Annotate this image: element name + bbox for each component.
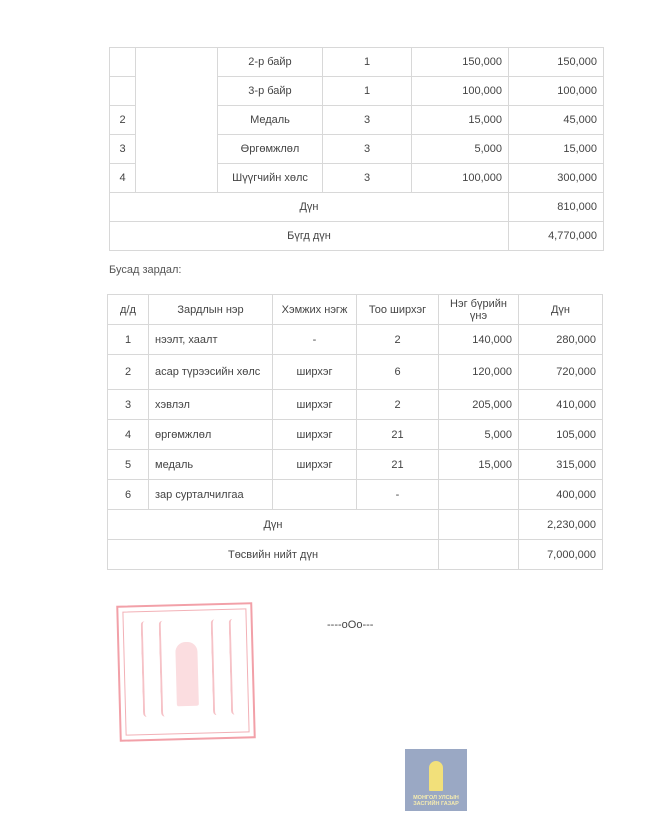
item-qty: 1: [323, 77, 412, 106]
subtotal-label: Дүн: [108, 510, 439, 540]
expense-unit: ширхэг: [273, 355, 357, 390]
row-number: 6: [108, 480, 149, 510]
seal-emblem: [175, 642, 199, 707]
expense-qty: 21: [357, 420, 439, 450]
expense-unit-price: 15,000: [439, 450, 519, 480]
official-seal-icon: [116, 602, 256, 742]
empty-cell: [439, 510, 519, 540]
item-name: 3-р байр: [218, 77, 323, 106]
table-row: 4 өргөмжлөл ширхэг 21 5,000 105,000: [108, 420, 603, 450]
expense-qty: 21: [357, 450, 439, 480]
row-number: 2: [110, 106, 136, 135]
subtotal-value: 2,230,000: [519, 510, 603, 540]
item-name: Өргөмжлөл: [218, 135, 323, 164]
subtotal-row: Дүн 2,230,000: [108, 510, 603, 540]
seal-script-line: [141, 621, 156, 717]
other-expenses-heading: Бусад зардал:: [109, 264, 181, 276]
seal-script-line: [159, 620, 174, 716]
expense-name: өргөмжлөл: [149, 420, 273, 450]
expense-name: асар түрээсийн хөлс: [149, 355, 273, 390]
budget-total-row: Төсвийн нийт дүн 7,000,000: [108, 540, 603, 570]
expense-unit: -: [273, 325, 357, 355]
expense-unit: ширхэг: [273, 390, 357, 420]
item-total: 150,000: [509, 48, 604, 77]
expense-unit: [273, 480, 357, 510]
col-header-unit-price: Нэг бүрийн үнэ: [439, 295, 519, 325]
row-number: 4: [108, 420, 149, 450]
expense-qty: 6: [357, 355, 439, 390]
item-unit-price: 100,000: [412, 77, 509, 106]
row-number: [110, 48, 136, 77]
expense-unit-price: [439, 480, 519, 510]
row-number: 5: [108, 450, 149, 480]
expense-unit-price: 120,000: [439, 355, 519, 390]
grand-total-value: 4,770,000: [509, 222, 604, 251]
expense-name: зар сурталчилгаа: [149, 480, 273, 510]
expense-unit: ширхэг: [273, 420, 357, 450]
col-header-unit: Хэмжих нэгж: [273, 295, 357, 325]
expense-qty: 2: [357, 390, 439, 420]
category-cell: [136, 48, 218, 193]
row-number: 2: [108, 355, 149, 390]
table-row: 1 нээлт, хаалт - 2 140,000 280,000: [108, 325, 603, 355]
row-number: 3: [110, 135, 136, 164]
soyombo-emblem-icon: [429, 761, 443, 791]
expense-unit-price: 205,000: [439, 390, 519, 420]
item-total: 45,000: [509, 106, 604, 135]
empty-cell: [439, 540, 519, 570]
expense-total: 720,000: [519, 355, 603, 390]
end-marker: ----oOo---: [327, 619, 373, 631]
expense-name: хэвлэл: [149, 390, 273, 420]
row-number: 4: [110, 164, 136, 193]
expense-unit-price: 5,000: [439, 420, 519, 450]
expense-total: 315,000: [519, 450, 603, 480]
table-row: 2-р байр 1 150,000 150,000: [110, 48, 604, 77]
item-name: Шүүгчийн хөлс: [218, 164, 323, 193]
expense-total: 280,000: [519, 325, 603, 355]
logo-line-2: ЗАСГИЙН ГАЗАР: [413, 801, 459, 807]
col-header-total: Дүн: [519, 295, 603, 325]
expense-unit-price: 140,000: [439, 325, 519, 355]
row-number: 3: [108, 390, 149, 420]
item-unit-price: 15,000: [412, 106, 509, 135]
government-logo: МОНГОЛ УЛСЫН ЗАСГИЙН ГАЗАР: [405, 749, 467, 811]
grand-total-row: Бүгд дүн 4,770,000: [110, 222, 604, 251]
col-header-no: д/д: [108, 295, 149, 325]
row-number: 1: [108, 325, 149, 355]
seal-script-line: [229, 619, 244, 715]
subtotal-row: Дүн 810,000: [110, 193, 604, 222]
budget-total-value: 7,000,000: [519, 540, 603, 570]
item-name: 2-р байр: [218, 48, 323, 77]
item-total: 15,000: [509, 135, 604, 164]
table-row: 2 асар түрээсийн хөлс ширхэг 6 120,000 7…: [108, 355, 603, 390]
col-header-qty: Тоо ширхэг: [357, 295, 439, 325]
seal-script-line: [211, 619, 226, 715]
expense-name: нээлт, хаалт: [149, 325, 273, 355]
col-header-name: Зардлын нэр: [149, 295, 273, 325]
expense-total: 410,000: [519, 390, 603, 420]
item-qty: 3: [323, 135, 412, 164]
item-qty: 3: [323, 106, 412, 135]
table-row: 3 хэвлэл ширхэг 2 205,000 410,000: [108, 390, 603, 420]
expense-unit: ширхэг: [273, 450, 357, 480]
grand-total-label: Бүгд дүн: [110, 222, 509, 251]
table-row: 6 зар сурталчилгаа - 400,000: [108, 480, 603, 510]
expense-name: медаль: [149, 450, 273, 480]
header-row: д/д Зардлын нэр Хэмжих нэгж Тоо ширхэг Н…: [108, 295, 603, 325]
table-row: 5 медаль ширхэг 21 15,000 315,000: [108, 450, 603, 480]
item-unit-price: 150,000: [412, 48, 509, 77]
item-qty: 3: [323, 164, 412, 193]
prize-budget-table: 2-р байр 1 150,000 150,000 3-р байр 1 10…: [109, 47, 604, 251]
item-total: 100,000: [509, 77, 604, 106]
row-number: [110, 77, 136, 106]
item-qty: 1: [323, 48, 412, 77]
expense-total: 400,000: [519, 480, 603, 510]
item-unit-price: 100,000: [412, 164, 509, 193]
expense-qty: -: [357, 480, 439, 510]
subtotal-label: Дүн: [110, 193, 509, 222]
expense-qty: 2: [357, 325, 439, 355]
other-expenses-table: д/д Зардлын нэр Хэмжих нэгж Тоо ширхэг Н…: [107, 294, 603, 570]
subtotal-value: 810,000: [509, 193, 604, 222]
item-total: 300,000: [509, 164, 604, 193]
item-name: Медаль: [218, 106, 323, 135]
expense-total: 105,000: [519, 420, 603, 450]
item-unit-price: 5,000: [412, 135, 509, 164]
budget-total-label: Төсвийн нийт дүн: [108, 540, 439, 570]
